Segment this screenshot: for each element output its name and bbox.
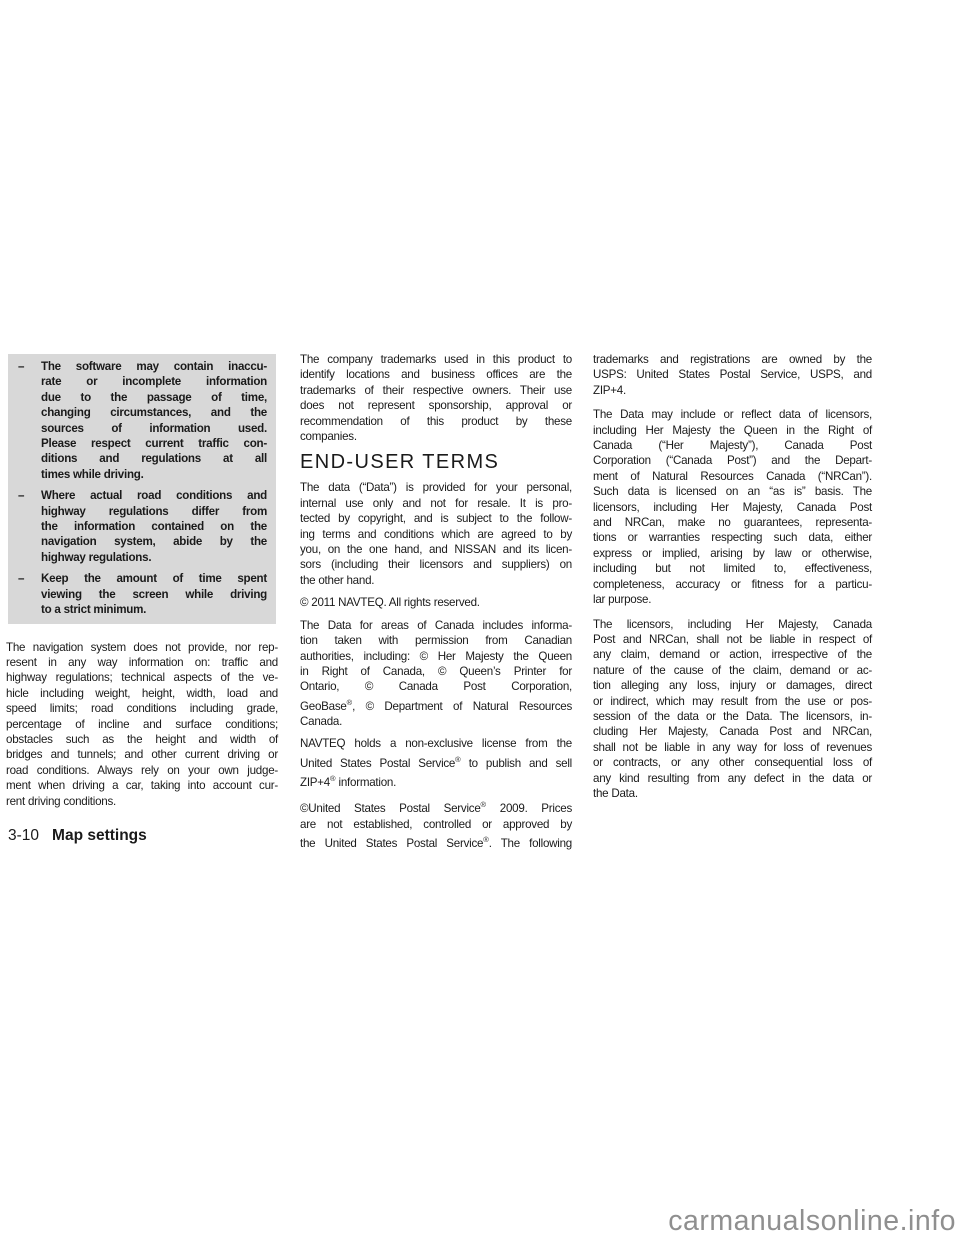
body-paragraph: trademarks and registrations are owned b… (593, 352, 872, 398)
text-line: ZIP+4® information. (300, 771, 572, 790)
body-paragraph: NAVTEQ holds a non-exclusive license fro… (300, 736, 572, 790)
text-line: The Data for areas of Canada includes in… (300, 618, 572, 633)
warning-bullet-item: – Keep the amount of time spentviewing t… (8, 571, 276, 617)
right-column: trademarks and registrations are owned b… (593, 352, 872, 810)
body-paragraph: The Data for areas of Canada includes in… (300, 618, 572, 730)
text-line: Please respect current traffic con- (41, 436, 267, 451)
text-line: navigation system, abide by the (41, 534, 267, 549)
page-number: 3-10 (8, 827, 39, 844)
text-line: session of the data or the Data. The lic… (593, 709, 872, 724)
text-line: Keep the amount of time spent (41, 571, 267, 586)
text-line: sors (including their licensors and supp… (300, 557, 572, 572)
text-line: highway regulations. (41, 550, 267, 565)
text-line: identify locations and business offices … (300, 367, 572, 382)
text-line: The Data may include or reflect data of … (593, 407, 872, 422)
footer-section-title: Map settings (52, 827, 147, 844)
text-line: express or implied, arising by law or ot… (593, 546, 872, 561)
text-line: times while driving. (41, 467, 267, 482)
text-line: ing terms and conditions which are agree… (300, 527, 572, 542)
text-line: authorities, including: © Her Majesty th… (300, 649, 572, 664)
text-line: are not established, controlled or appro… (300, 817, 572, 832)
text-line: or indirect, which may result from the u… (593, 694, 872, 709)
text-line: Post and NRCan, shall not be liable in r… (593, 632, 872, 647)
manual-page: – The software may contain inaccu-rate o… (0, 0, 960, 1242)
text-line: The licensors, including Her Majesty, Ca… (593, 617, 872, 632)
text-line: ment of Natural Resources Canada (“NRCan… (593, 469, 872, 484)
text-line: shall not be liable in any way for loss … (593, 740, 872, 755)
text-line: trademarks of their respective owners. T… (300, 383, 572, 398)
text-line: completeness, accuracy or fitness for a … (593, 577, 872, 592)
text-line: changing circumstances, and the (41, 405, 267, 420)
warning-bullet-item: – Where actual road conditions andhighwa… (8, 488, 276, 565)
text-line: bridges and tunnels; and other current d… (6, 747, 278, 762)
text-line: The software may contain inaccu- (41, 359, 267, 374)
copyright-line: © 2011 NAVTEQ. All rights reserved. (300, 595, 572, 610)
text-line: including Her Majesty the Queen in the R… (593, 423, 872, 438)
text-line: recommendation of this product by these (300, 414, 572, 429)
text-line: resent in any way information on: traffi… (6, 655, 278, 670)
text-line: © 2011 NAVTEQ. All rights reserved. (300, 595, 572, 610)
text-line: you, on the one hand, and NISSAN and its… (300, 542, 572, 557)
text-line: NAVTEQ holds a non-exclusive license fro… (300, 736, 572, 751)
text-line: trademarks and registrations are owned b… (593, 352, 872, 367)
text-line: The data (“Data”) is provided for your p… (300, 480, 572, 495)
text-line: USPS: United States Postal Service, USPS… (593, 367, 872, 382)
text-line: does not represent sponsorship, approval… (300, 398, 572, 413)
text-line: the information contained on the (41, 519, 267, 534)
text-line: speed limits; road conditions including … (6, 701, 278, 716)
warning-bullet-item: – The software may contain inaccu-rate o… (8, 359, 276, 482)
text-line: Canada (“Her Majesty”), Canada Post (593, 438, 872, 453)
body-paragraph: The data (“Data”) is provided for your p… (300, 480, 572, 588)
text-line: any kind resulting from any defect in th… (593, 771, 872, 786)
text-line: internal use only and not for resale. It… (300, 496, 572, 511)
text-line: The navigation system does not provide, … (6, 640, 278, 655)
text-line: nature of the cause of the claim, demand… (593, 663, 872, 678)
warning-bullet-text: Keep the amount of time spentviewing the… (41, 571, 267, 617)
text-line: percentage of incline and surface condit… (6, 717, 278, 732)
text-line: United States Postal Service® to publish… (300, 752, 572, 771)
text-line: in Right of Canada, © Queen’s Printer fo… (300, 664, 572, 679)
text-line: sources of information used. (41, 421, 267, 436)
text-line: Ontario, © Canada Post Corporation, (300, 679, 572, 694)
text-line: obstacles such as the height and width o… (6, 732, 278, 747)
text-line: ditions and regulations at all (41, 451, 267, 466)
page-footer: 3-10Map settings (8, 827, 147, 845)
text-line: tected by copyright, and is subject to t… (300, 511, 572, 526)
text-line: tions or warranties respecting such data… (593, 530, 872, 545)
text-line: including but not limited to, effectiven… (593, 561, 872, 576)
text-line: licensors, including Her Majesty, Canada… (593, 500, 872, 515)
text-line: The company trademarks used in this prod… (300, 352, 572, 367)
warning-box: – The software may contain inaccu-rate o… (8, 354, 276, 624)
text-line: or contracts, or any other consequential… (593, 755, 872, 770)
middle-column: The company trademarks used in this prod… (300, 352, 572, 858)
text-line: ZIP+4. (593, 383, 872, 398)
bullet-dash: – (18, 359, 24, 374)
text-line: road conditions. Always rely on your own… (6, 763, 278, 778)
text-line: the other hand. (300, 573, 572, 588)
text-line: hicle including weight, height, width, l… (6, 686, 278, 701)
text-line: the United States Postal Service®. The f… (300, 832, 572, 851)
text-line: highway regulations; technical aspects o… (6, 670, 278, 685)
section-heading: END-USER TERMS (300, 451, 572, 474)
text-line: tion taken with permission from Canadian (300, 633, 572, 648)
text-line: to a strict minimum. (41, 602, 267, 617)
text-line: rent driving conditions. (6, 794, 278, 809)
body-paragraph: The company trademarks used in this prod… (300, 352, 572, 444)
text-line: rate or incomplete information (41, 374, 267, 389)
text-line: GeoBase®, © Department of Natural Resour… (300, 695, 572, 714)
text-line: viewing the screen while driving (41, 587, 267, 602)
text-line: lar purpose. (593, 592, 872, 607)
text-line: Where actual road conditions and (41, 488, 267, 503)
text-line: Corporation (“Canada Post”) and the Depa… (593, 453, 872, 468)
text-line: tion alleging any loss, injury or damage… (593, 678, 872, 693)
bullet-dash: – (18, 571, 24, 586)
warning-bullet-text: Where actual road conditions andhighway … (41, 488, 267, 565)
left-column: – The software may contain inaccu-rate o… (6, 352, 278, 816)
bullet-dash: – (18, 488, 24, 503)
body-paragraph: The licensors, including Her Majesty, Ca… (593, 617, 872, 802)
text-line: Such data is licensed on an “as is” basi… (593, 484, 872, 499)
text-line: highway regulations differ from (41, 504, 267, 519)
text-line: cluding Her Majesty, Canada Post and NRC… (593, 724, 872, 739)
warning-bullet-text: The software may contain inaccu-rate or … (41, 359, 267, 482)
text-line: any claim, demand or action, irrespectiv… (593, 647, 872, 662)
text-line: and NRCan, make no guarantees, represent… (593, 515, 872, 530)
text-line: the Data. (593, 786, 872, 801)
text-line: ©United States Postal Service® 2009. Pri… (300, 797, 572, 816)
body-paragraph: ©United States Postal Service® 2009. Pri… (300, 797, 572, 851)
body-paragraph: The navigation system does not provide, … (6, 640, 278, 809)
text-line: Canada. (300, 714, 572, 729)
text-line: ment when driving a car, taking into acc… (6, 778, 278, 793)
text-line: companies. (300, 429, 572, 444)
watermark-link[interactable]: carmanualsonline.info (668, 1204, 956, 1238)
body-paragraph: The Data may include or reflect data of … (593, 407, 872, 607)
text-line: due to the passage of time, (41, 390, 267, 405)
